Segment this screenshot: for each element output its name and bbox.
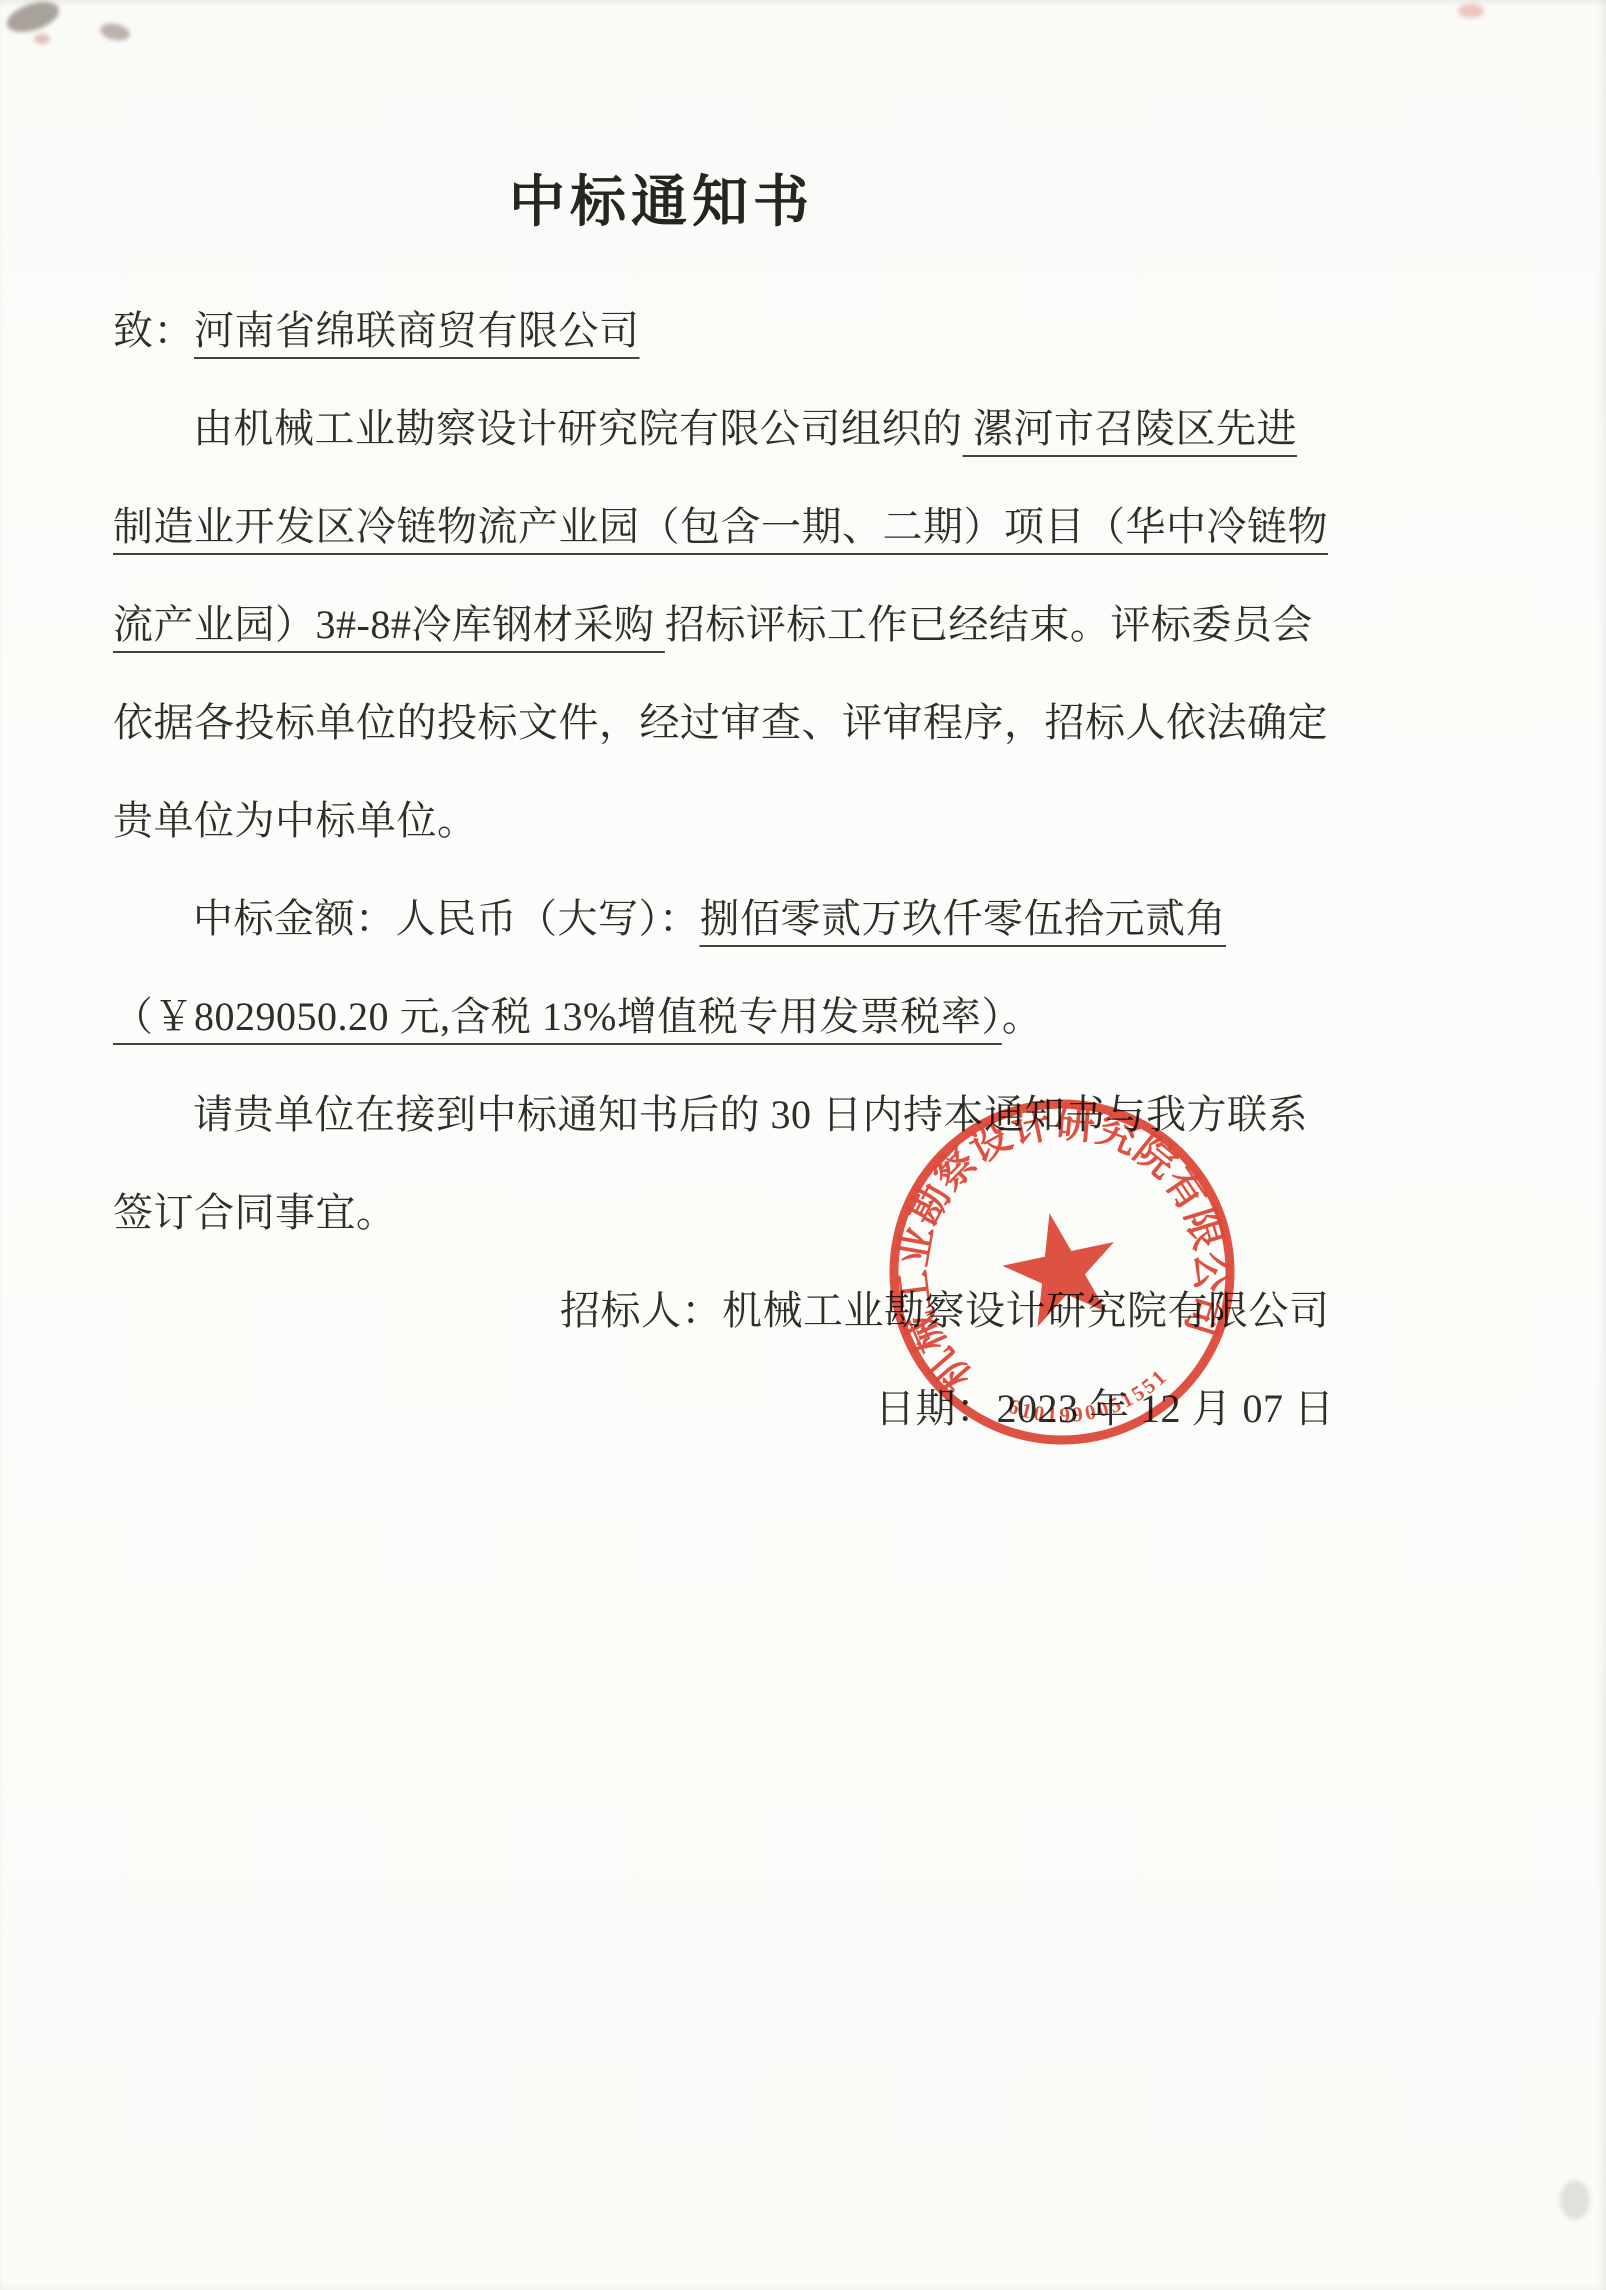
underlined-text: （￥8029050.20 元,含税 13%增值税专用发票税率） <box>113 994 1002 1039</box>
text-segment: 签订合同事宜。 <box>113 1190 397 1235</box>
text-line: 制造业开发区冷链物流产业园（包含一期、二期）项目（华中冷链物 <box>113 501 1310 599</box>
text-line: 贵单位为中标单位。 <box>113 795 1310 893</box>
underlined-text: 河南省绵联商贸有限公司 <box>194 308 640 353</box>
text-segment: 致： <box>113 308 194 353</box>
text-segment: 招标评标工作已经结束。评标委员会 <box>665 602 1313 647</box>
seal-number-text: 6101990051551 <box>1001 1361 1178 1442</box>
text-line: 中标金额：人民币（大写）：捌佰零贰万玖仟零伍拾元贰角 <box>113 893 1310 991</box>
scan-smudge <box>34 34 50 44</box>
text-segment: 中标金额：人民币（大写）： <box>193 896 700 941</box>
svg-text:6101990051551: 6101990051551 <box>1001 1361 1178 1442</box>
text-line: 流产业园）3#-8#冷库钢材采购 招标评标工作已经结束。评标委员会 <box>113 599 1310 697</box>
text-line: 依据各投标单位的投标文件，经过审查、评审程序，招标人依法确定 <box>113 697 1310 795</box>
text-segment: 依据各投标单位的投标文件，经过审查、评审程序，招标人依法确定 <box>113 700 1328 745</box>
seal-star-icon <box>994 1201 1128 1331</box>
text-line: 致：河南省绵联商贸有限公司 <box>113 305 1310 403</box>
scan-smudge <box>3 0 62 38</box>
text-segment: 由机械工业勘察设计研究院有限公司组织的 <box>193 406 963 451</box>
page-title: 中标通知书 <box>113 170 1310 236</box>
text-line: 由机械工业勘察设计研究院有限公司组织的 漯河市召陵区先进 <box>113 403 1310 501</box>
scan-smudge <box>99 21 132 43</box>
company-seal-stamp: 机械工业勘察设计研究院有限公司 6101990051551 <box>862 1072 1262 1472</box>
underlined-text: 流产业园）3#-8#冷库钢材采购 <box>113 602 665 647</box>
scanned-document-page: 中标通知书 致：河南省绵联商贸有限公司由机械工业勘察设计研究院有限公司组织的 漯… <box>0 0 1606 2290</box>
text-segment: 。 <box>1002 994 1043 1039</box>
underlined-text: 制造业开发区冷链物流产业园（包含一期、二期）项目（华中冷链物 <box>113 504 1328 549</box>
scan-smudge <box>1560 2180 1590 2220</box>
text-segment: 贵单位为中标单位。 <box>113 798 478 843</box>
underlined-text: 捌佰零贰万玖仟零伍拾元贰角 <box>700 896 1227 941</box>
scan-smudge <box>1458 4 1484 18</box>
underlined-text: 漯河市召陵区先进 <box>963 406 1298 451</box>
